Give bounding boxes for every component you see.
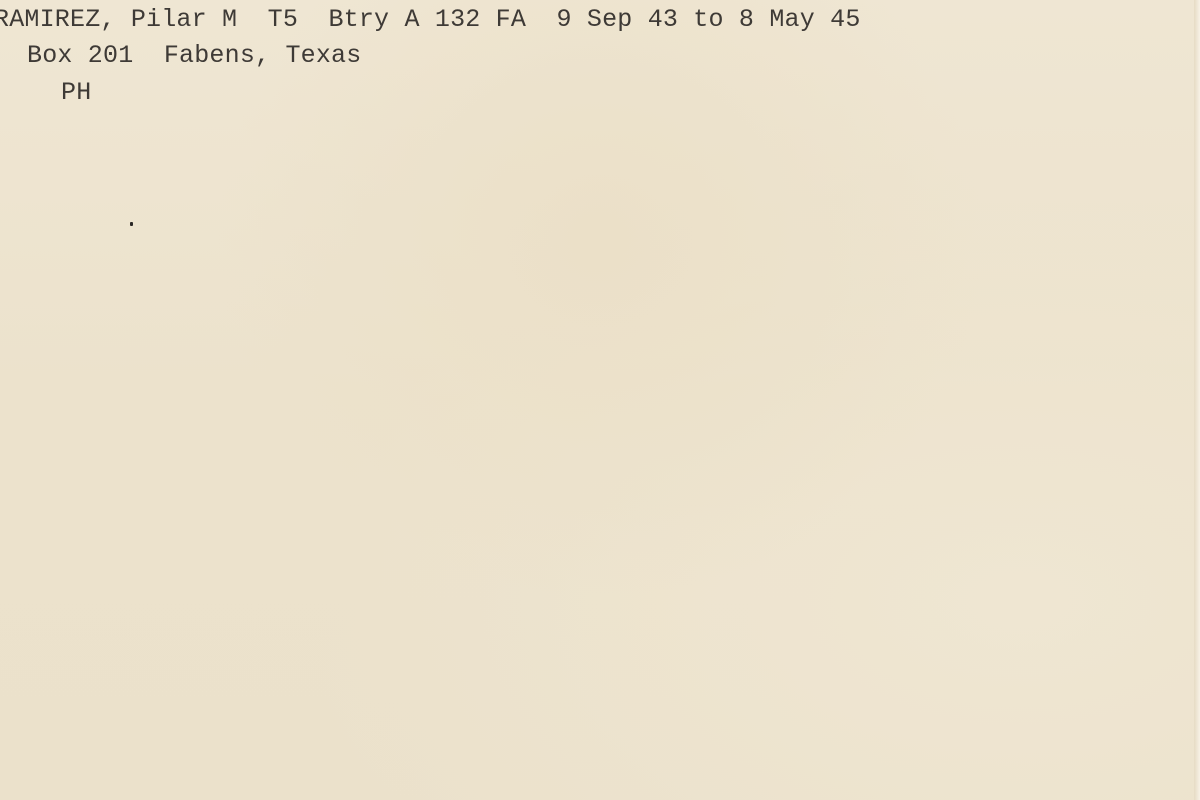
address-line: Box 201 Fabens, Texas	[27, 41, 361, 70]
card-edge	[1194, 0, 1200, 800]
name-rank-unit-line: RAMIREZ, Pilar M T5 Btry A 132 FA 9 Sep …	[0, 5, 861, 34]
notation-line: PH	[61, 78, 91, 107]
ink-speck	[130, 222, 133, 226]
index-card: RAMIREZ, Pilar M T5 Btry A 132 FA 9 Sep …	[0, 0, 1200, 800]
